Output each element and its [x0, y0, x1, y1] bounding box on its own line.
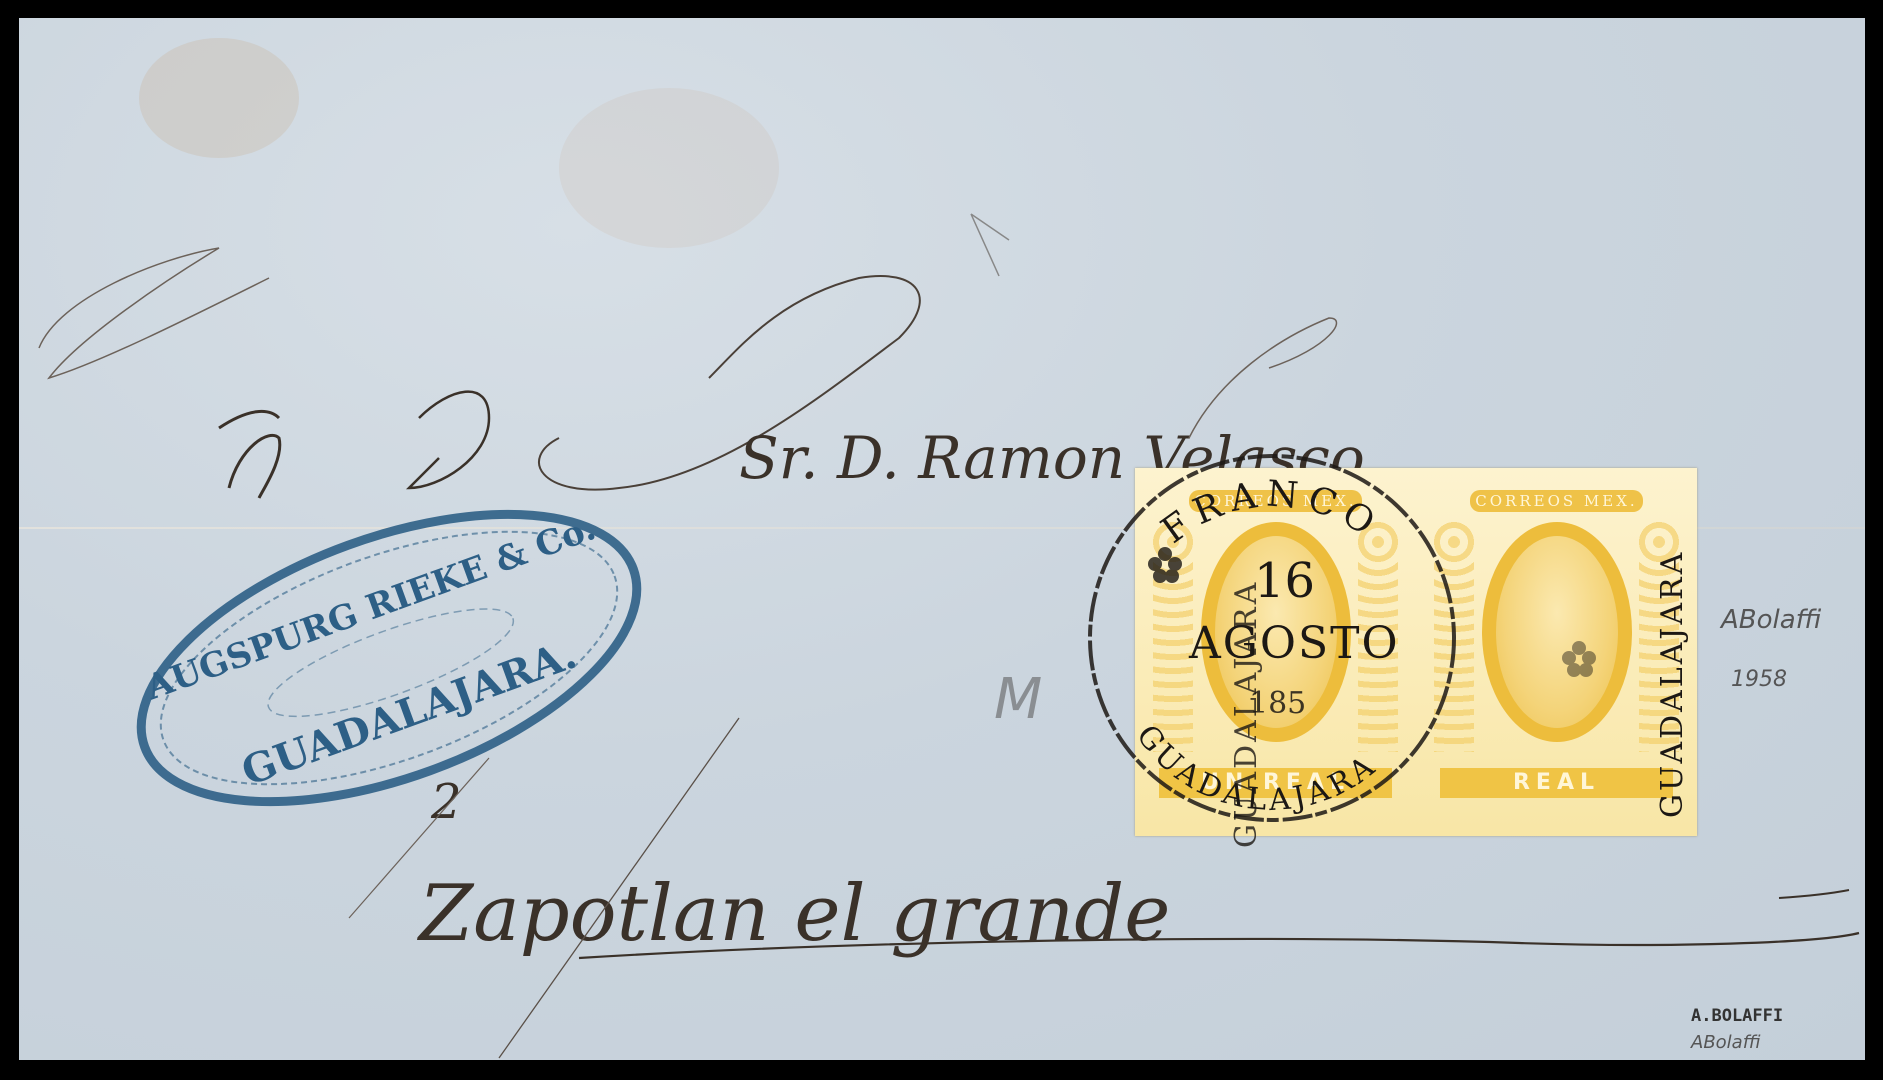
postmark-layer: FRANCO GUADALAJARA	[19, 18, 1865, 1060]
postmark-top-text: FRANCO	[1154, 473, 1388, 551]
district-overprint-right: GUADALAJARA	[1655, 488, 1690, 818]
black-border: Sr. D. Ramon Velasco AUGSPURG RIEKE & Co…	[0, 0, 1883, 1080]
district-overprint-left: GUADALAJARA	[1229, 488, 1264, 848]
postmark-rosette-left	[1148, 547, 1182, 583]
cover-paper: Sr. D. Ramon Velasco AUGSPURG RIEKE & Co…	[19, 18, 1865, 1060]
postmark-rosette-right	[1562, 641, 1596, 677]
postmark-month: AGOSTO	[1189, 618, 1400, 669]
